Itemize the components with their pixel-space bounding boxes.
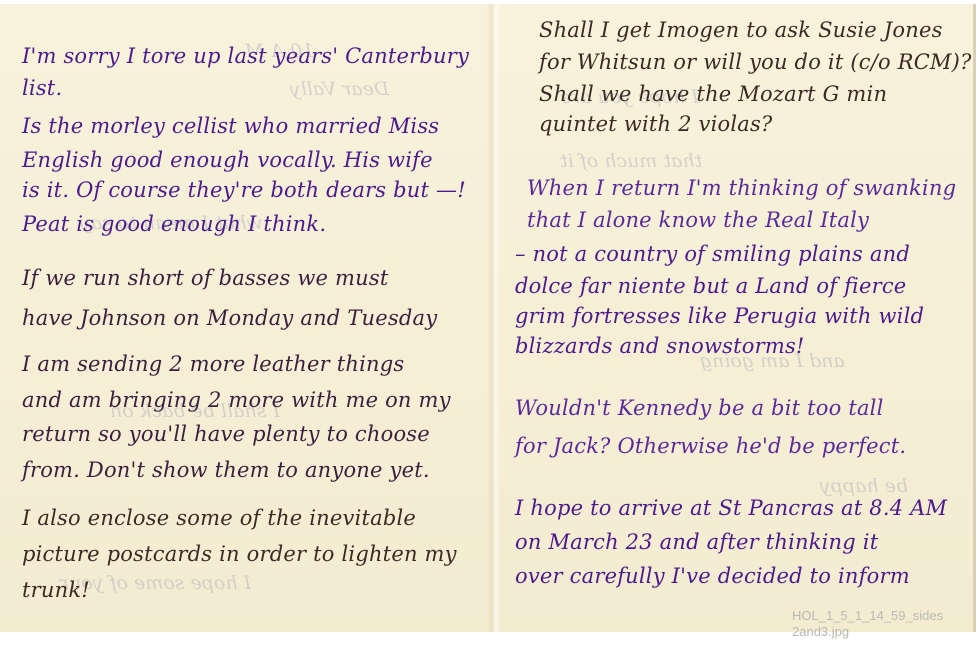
letter-line: Shall we have the Mozart G min [539,84,887,105]
letter-line: and am bringing 2 more with me on my [22,390,451,411]
letter-line: Wouldn't Kennedy be a bit too tall [515,398,884,419]
letter-line: dolce far niente but a Land of fierce [515,276,906,297]
letter-line: quintet with 2 violas? [539,114,772,135]
letter-line: for Jack? Otherwise he'd be perfect. [515,436,906,457]
center-fold [487,4,501,632]
archive-watermark: HOL_1_5_1_14_59_sides 2and3.jpg [792,608,943,640]
letter-line: Peat is good enough I think. [22,214,326,235]
bleed-through-text: Dear Vally [290,78,389,100]
watermark-line-1: HOL_1_5_1_14_59_sides [792,608,943,624]
letter-line: trunk! [22,580,90,601]
letter-line: blizzards and snowstorms! [515,336,805,357]
letter-line: English good enough vocally. His wife [22,150,433,171]
letter-line: When I return I'm thinking of swanking [527,178,956,199]
letter-line: Is the morley cellist who married Miss [22,116,439,137]
letter-line: – not a country of smiling plains and [515,244,910,265]
letter-line: picture postcards in order to lighten my [22,544,457,565]
letter-line: on March 23 and after thinking it [515,532,878,553]
letter-line: over carefully I've decided to inform [515,566,910,587]
letter-line: that I alone know the Real Italy [527,210,869,231]
letter-line: is it. Of course they're both dears but … [22,180,466,201]
bleed-through-text: be happy [820,475,908,497]
letter-line: from. Don't show them to anyone yet. [22,460,430,481]
letter-line: I am sending 2 more leather things [22,354,404,375]
bleed-through-text: that much of it [560,150,702,172]
letter-line: Shall I get Imogen to ask Susie Jones [539,20,943,41]
letter-line: grim fortresses like Perugia with wild [515,306,924,327]
letter-line: I also enclose some of the inevitable [22,508,416,529]
watermark-line-2: 2and3.jpg [792,624,943,640]
letter-scan: Dear Vally 10 A M what I mean to say I s… [0,0,979,650]
letter-line: If we run short of basses we must [22,268,389,289]
letter-line: I'm sorry I tore up last years' Canterbu… [22,46,469,67]
letter-line: for Whitsun or will you do it (c/o RCM)? [539,52,972,73]
letter-line: have Johnson on Monday and Tuesday [22,308,437,329]
letter-line: return so you'll have plenty to choose [22,424,430,445]
letter-line: list. [22,78,62,99]
letter-line: I hope to arrive at St Pancras at 8.4 AM [515,498,947,519]
